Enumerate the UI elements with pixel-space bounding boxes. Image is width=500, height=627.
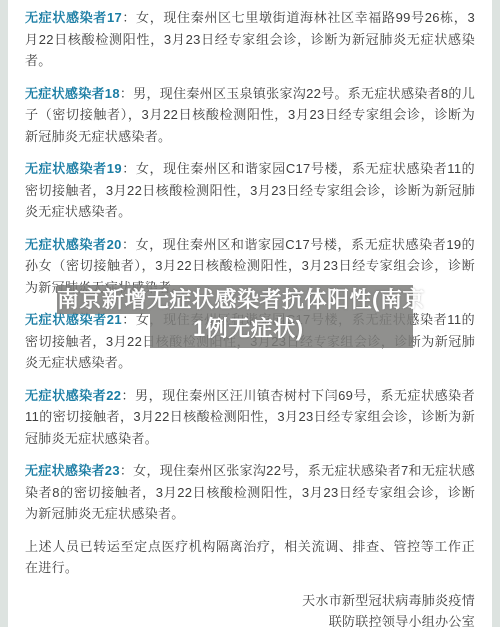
case-paragraph-19: 无症状感染者19：女，现住秦州区和谐家园C17号楼，系无症状感染者11的密切接触… — [25, 158, 475, 223]
left-border — [0, 0, 8, 627]
signature-block: 天水市新型冠状病毒肺炎疫情 联防联控领导小组办公室 — [25, 590, 475, 627]
case-paragraph-21: 无症状感染者21：女，现住秦州区和谐家园C17号楼，系无症状感染者11的密切接触… — [25, 309, 475, 374]
case-paragraph-22: 无症状感染者22：男，现住秦州区汪川镇杏树村下闫69号，系无症状感染者11的密切… — [25, 385, 475, 450]
case-paragraph-23: 无症状感染者23：女，现住秦州区张家沟22号，系无症状感染者7和无症状感染者8的… — [25, 460, 475, 525]
case-label-18: 无症状感染者18 — [25, 86, 120, 101]
case-label-23: 无症状感染者23 — [25, 463, 120, 478]
case-label-20: 无症状感染者20 — [25, 237, 122, 252]
case-label-22: 无症状感染者22 — [25, 388, 121, 403]
case-paragraph-20: 无症状感染者20：女，现住秦州区和谐家园C17号楼，系无症状感染者19的孙女（密… — [25, 234, 475, 299]
case-label-19: 无症状感染者19 — [25, 161, 122, 176]
case-paragraph-18: 无症状感染者18：男，现住秦州区玉泉镇张家沟22号。系无症状感染者8的儿子（密切… — [25, 83, 475, 148]
article-content: 无症状感染者17：女，现住秦州区七里墩街道海林社区幸福路99号26栋，3月22日… — [8, 0, 492, 627]
case-label-21: 无症状感染者21 — [25, 312, 122, 327]
case-label-17: 无症状感染者17 — [25, 10, 122, 25]
closing-paragraph: 上述人员已转运至定点医疗机构隔离治疗，相关流调、排查、管控等工作正在进行。 — [25, 536, 475, 579]
case-paragraph-17: 无症状感染者17：女，现住秦州区七里墩街道海林社区幸福路99号26栋，3月22日… — [25, 7, 475, 72]
signature-line-1: 天水市新型冠状病毒肺炎疫情 — [25, 590, 475, 612]
right-border — [492, 0, 500, 627]
article-page: 无症状感染者17：女，现住秦州区七里墩街道海林社区幸福路99号26栋，3月22日… — [0, 0, 500, 627]
signature-line-2: 联防联控领导小组办公室 — [25, 611, 475, 627]
